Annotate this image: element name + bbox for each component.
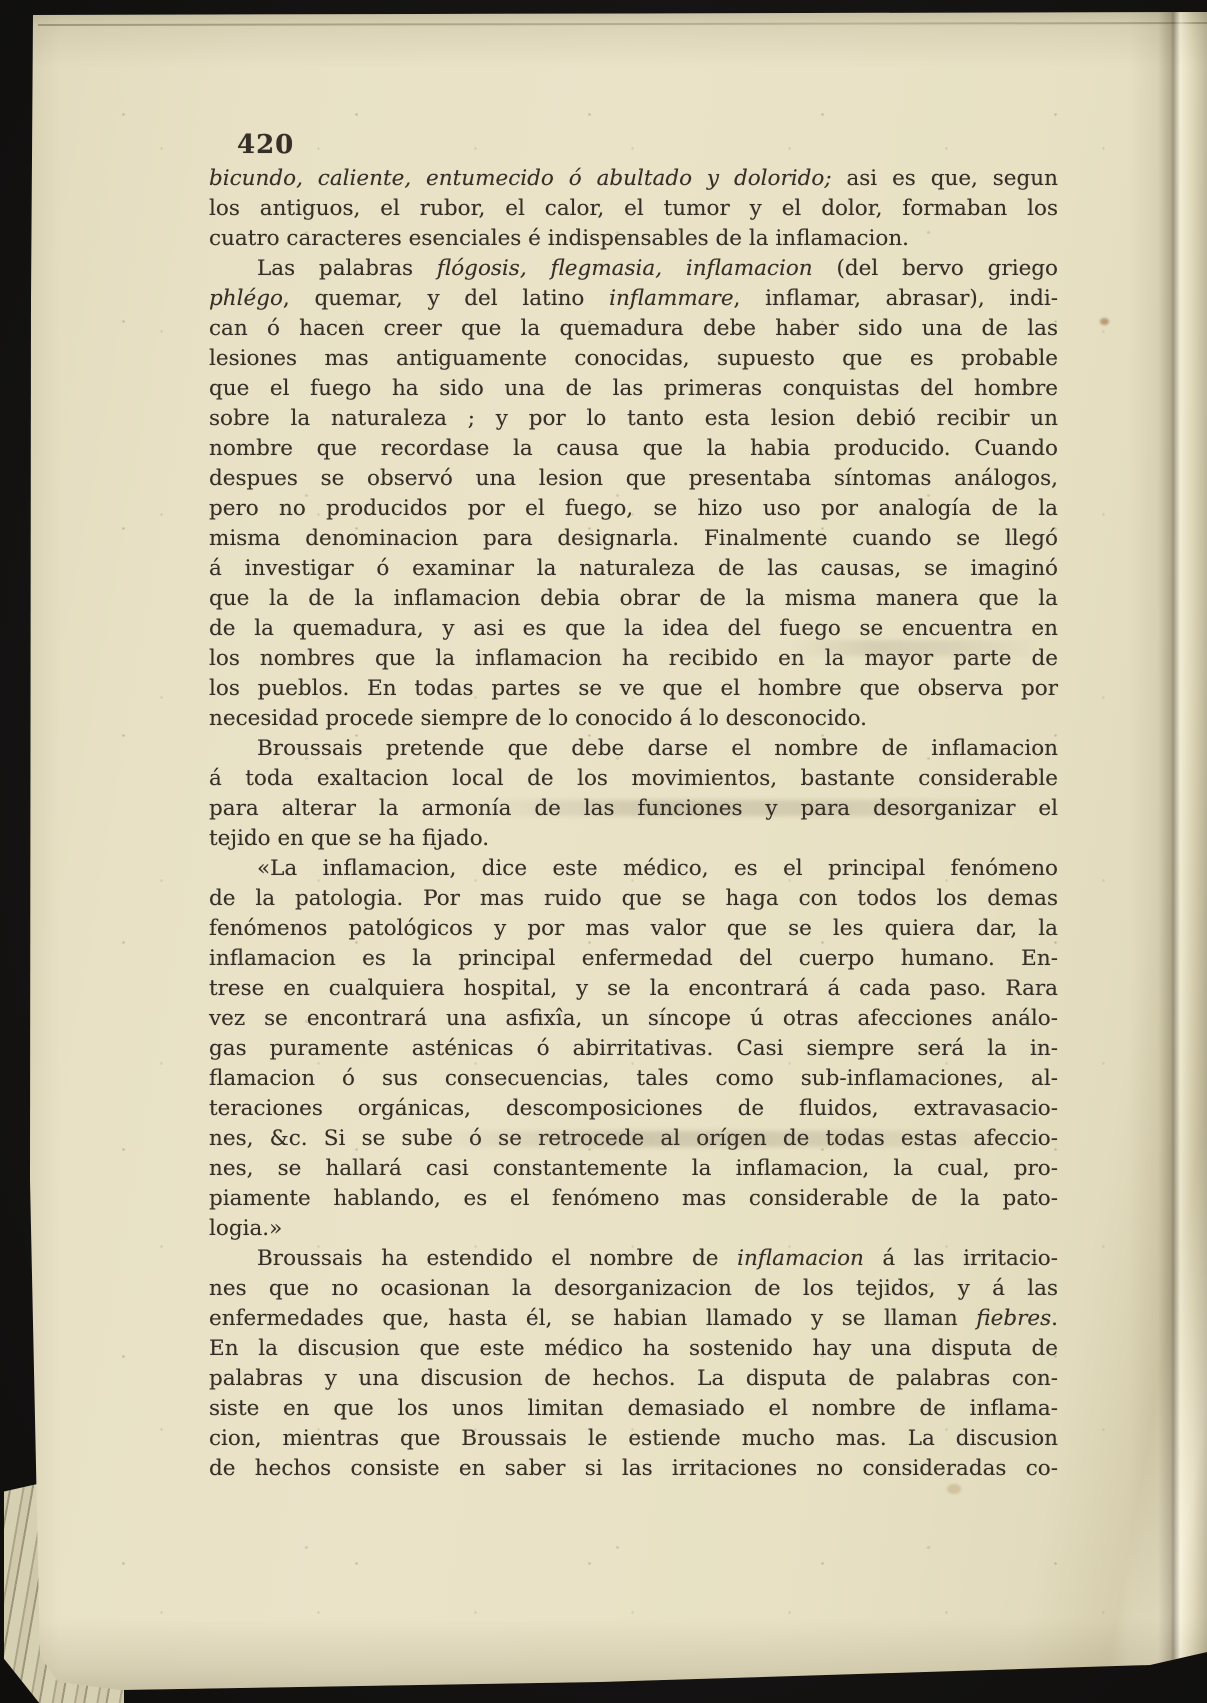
- text-run: de hechos consiste en saber si las irrit…: [209, 1456, 1058, 1481]
- text-run: piamente hablando, es el fenómeno mas co…: [209, 1186, 1058, 1211]
- text-line: pero no producidos por el fuego, se hizo…: [209, 494, 1058, 524]
- book-page: 420 bicundo, caliente, entumecido ó abul…: [0, 0, 1207, 1703]
- text-line: los antiguos, el rubor, el calor, el tum…: [209, 194, 1058, 224]
- text-line: nes, se hallará casi constantemente la i…: [209, 1154, 1058, 1184]
- text-run: para alterar la armonía de las funciones…: [209, 796, 1058, 821]
- text-run: En la discusion que este médico ha soste…: [209, 1336, 1058, 1361]
- text-run: sobre la naturaleza ; y por lo tanto est…: [209, 406, 1058, 431]
- text-run: Las palabras: [257, 256, 437, 281]
- text-line: de la patologia. Por mas ruido que se ha…: [209, 884, 1058, 914]
- text-block: bicundo, caliente, entumecido ó abultado…: [209, 164, 1058, 1484]
- text-line: nes que no ocasionan la desorganizacion …: [209, 1274, 1058, 1304]
- text-run: teraciones orgánicas, descomposiciones d…: [209, 1096, 1058, 1121]
- text-line: logia.»: [209, 1214, 1058, 1244]
- scan-canvas: 420 bicundo, caliente, entumecido ó abul…: [0, 0, 1207, 1703]
- text-run: los nombres que la inflamacion ha recibi…: [209, 646, 1058, 671]
- text-run: trese en cualquiera hospital, y se la en…: [209, 976, 1058, 1001]
- text-line: Broussais ha estendido el nombre de infl…: [209, 1244, 1058, 1274]
- text-line: nes, &c. Si se sube ó se retrocede al or…: [209, 1124, 1058, 1154]
- text-run: vez se encontrará una asfixîa, un síncop…: [209, 1006, 1058, 1031]
- text-run: , quemar, y del latino: [283, 286, 609, 311]
- text-line: vez se encontrará una asfixîa, un síncop…: [209, 1004, 1058, 1034]
- text-line: palabras y una discusion de hechos. La d…: [209, 1364, 1058, 1394]
- text-run: , inflamar, abrasar), indi-: [734, 286, 1058, 311]
- text-line: cuatro caracteres esenciales é indispens…: [209, 224, 1058, 254]
- text-run: logia.»: [209, 1216, 282, 1241]
- italic-run: inflammare: [609, 286, 733, 311]
- text-run: «La inflamacion, dice este médico, es el…: [257, 856, 1058, 881]
- text-run: pero no producidos por el fuego, se hizo…: [209, 496, 1058, 521]
- text-line: Broussais pretende que debe darse el nom…: [209, 734, 1058, 764]
- text-line: los nombres que la inflamacion ha recibi…: [209, 644, 1058, 674]
- text-line: trese en cualquiera hospital, y se la en…: [209, 974, 1058, 1004]
- text-line: piamente hablando, es el fenómeno mas co…: [209, 1184, 1058, 1214]
- text-line: nombre que recordase la causa que la hab…: [209, 434, 1058, 464]
- text-run: flamacion ó sus consecuencias, tales com…: [209, 1066, 1058, 1091]
- italic-run: flógosis, flegmasia, inflamacion: [437, 256, 813, 281]
- text-line: sobre la naturaleza ; y por lo tanto est…: [209, 404, 1058, 434]
- text-line: inflamacion es la principal enfermedad d…: [209, 944, 1058, 974]
- text-run: nes, se hallará casi constantemente la i…: [209, 1156, 1058, 1181]
- text-run: siste en que los unos limitan demasiado …: [209, 1396, 1058, 1421]
- text-run: misma denominacion para designarla. Fina…: [209, 526, 1058, 551]
- text-run: de la patologia. Por mas ruido que se ha…: [209, 886, 1058, 911]
- page-number: 420: [237, 130, 294, 160]
- text-line: misma denominacion para designarla. Fina…: [209, 524, 1058, 554]
- text-line: que el fuego ha sido una de las primeras…: [209, 374, 1058, 404]
- text-run: que el fuego ha sido una de las primeras…: [209, 376, 1058, 401]
- text-line: enfermedades que, hasta él, se habian ll…: [209, 1304, 1058, 1334]
- text-run: los pueblos. En todas partes se ve que e…: [209, 676, 1058, 701]
- text-line: despues se observó una lesion que presen…: [209, 464, 1058, 494]
- text-line: lesiones mas antiguamente conocidas, sup…: [209, 344, 1058, 374]
- italic-run: fiebres: [976, 1306, 1051, 1331]
- text-run: que la de la inflamacion debia obrar de …: [209, 586, 1058, 611]
- italic-run: inflamacion: [737, 1246, 864, 1271]
- text-run: gas puramente asténicas ó abirritativas.…: [209, 1036, 1058, 1061]
- text-line: para alterar la armonía de las funciones…: [209, 794, 1058, 824]
- text-line: á investigar ó examinar la naturaleza de…: [209, 554, 1058, 584]
- text-line: En la discusion que este médico ha soste…: [209, 1334, 1058, 1364]
- text-line: fenómenos patológicos y por mas valor qu…: [209, 914, 1058, 944]
- text-line: que la de la inflamacion debia obrar de …: [209, 584, 1058, 614]
- text-line: teraciones orgánicas, descomposiciones d…: [209, 1094, 1058, 1124]
- italic-run: phlégo: [209, 286, 283, 311]
- text-line: «La inflamacion, dice este médico, es el…: [209, 854, 1058, 884]
- text-line: los pueblos. En todas partes se ve que e…: [209, 674, 1058, 704]
- foxing-spot: [1100, 318, 1109, 325]
- text-run: cion, mientras que Broussais le estiende…: [209, 1426, 1058, 1451]
- text-run: can ó hacen creer que la quemadura debe …: [209, 316, 1058, 341]
- text-run: nes, &c. Si se sube ó se retrocede al or…: [209, 1126, 1058, 1151]
- text-line: phlégo, quemar, y del latino inflammare,…: [209, 284, 1058, 314]
- text-run: tejido en que se ha fijado.: [209, 826, 489, 851]
- text-run: los antiguos, el rubor, el calor, el tum…: [209, 196, 1058, 221]
- text-run: enfermedades que, hasta él, se habian ll…: [209, 1306, 976, 1331]
- foxing-spot: [947, 1484, 961, 1494]
- text-run: inflamacion es la principal enfermedad d…: [209, 946, 1058, 971]
- text-run: Broussais pretende que debe darse el nom…: [257, 736, 1058, 761]
- text-line: flamacion ó sus consecuencias, tales com…: [209, 1064, 1058, 1094]
- page-gutter-crease: [1128, 0, 1207, 1703]
- text-line: á toda exaltacion local de los movimient…: [209, 764, 1058, 794]
- text-run: á las irritacio-: [864, 1246, 1058, 1271]
- text-line: necesidad procede siempre de lo conocido…: [209, 704, 1058, 734]
- text-run: Broussais ha estendido el nombre de: [257, 1246, 737, 1271]
- text-line: de la quemadura, y asi es que la idea de…: [209, 614, 1058, 644]
- text-run: nombre que recordase la causa que la hab…: [209, 436, 1058, 461]
- text-run: .: [1051, 1306, 1058, 1331]
- text-line: cion, mientras que Broussais le estiende…: [209, 1424, 1058, 1454]
- text-run: lesiones mas antiguamente conocidas, sup…: [209, 346, 1058, 371]
- italic-run: bicundo, caliente, entumecido ó abultado…: [209, 166, 832, 191]
- text-run: (del bervo griego: [813, 256, 1058, 281]
- text-run: á toda exaltacion local de los movimient…: [209, 766, 1058, 791]
- text-line: can ó hacen creer que la quemadura debe …: [209, 314, 1058, 344]
- text-line: gas puramente asténicas ó abirritativas.…: [209, 1034, 1058, 1064]
- text-line: de hechos consiste en saber si las irrit…: [209, 1454, 1058, 1484]
- page-top-edge: [38, 22, 1207, 26]
- text-run: despues se observó una lesion que presen…: [209, 466, 1058, 491]
- text-run: nes que no ocasionan la desorganizacion …: [209, 1276, 1058, 1301]
- text-run: de la quemadura, y asi es que la idea de…: [209, 616, 1058, 641]
- text-line: bicundo, caliente, entumecido ó abultado…: [209, 164, 1058, 194]
- text-line: tejido en que se ha fijado.: [209, 824, 1058, 854]
- text-run: fenómenos patológicos y por mas valor qu…: [209, 916, 1058, 941]
- text-line: siste en que los unos limitan demasiado …: [209, 1394, 1058, 1424]
- text-run: asi es que, segun: [832, 166, 1058, 191]
- text-line: Las palabras flógosis, flegmasia, inflam…: [209, 254, 1058, 284]
- text-run: á investigar ó examinar la naturaleza de…: [209, 556, 1058, 581]
- text-run: palabras y una discusion de hechos. La d…: [209, 1366, 1058, 1391]
- text-run: necesidad procede siempre de lo conocido…: [209, 706, 867, 731]
- text-run: cuatro caracteres esenciales é indispens…: [209, 226, 909, 251]
